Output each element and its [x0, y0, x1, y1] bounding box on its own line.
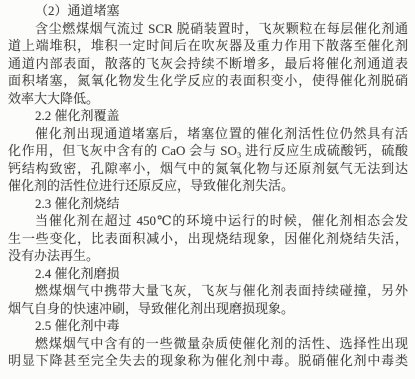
paragraph-line: 面积堵塞，氮氧化物发生化学反应的表面积变小，使得催化剂脱硝 [8, 72, 408, 90]
paragraph-line: 燃煤烟气中含有的一些微量杂质使催化剂的活性、选择性出现 [8, 335, 408, 353]
paragraph-line: 没有办法再生。 [8, 247, 408, 265]
paragraph-line: 明显下降甚至完全失去的现象称为催化剂中毒。脱硝催化剂中毒类 [8, 352, 408, 370]
paragraph-line: 当催化剂在超过 450℃的环境中运行的时候，催化剂相态会发 [8, 212, 408, 230]
heading-channel-blockage: （2）通道堵塞 [8, 2, 408, 20]
paragraph-line: 燃煤烟气中携带大量飞灰，飞灰与催化剂表面持续碰撞，另外 [8, 282, 408, 300]
paragraph-line: 道上端堆积，堆积一定时间后在吹灰器及重力作用下散落至催化剂 [8, 37, 408, 55]
paragraph-line: 化作用，但飞灰中含有的 CaO 会与 SO₃ 进行反应生成硫酸钙，硫酸 [8, 142, 408, 160]
heading-2-3-catalyst-sintering: 2.3 催化剂烧结 [8, 195, 408, 213]
paragraph-line: 催化剂的活性位进行还原反应，导致催化剂失活。 [8, 177, 408, 195]
paragraph-line: 生一些变化，比表面积减小，出现烧结现象，因催化剂烧结失活， [8, 230, 408, 248]
heading-2-2-catalyst-coverage: 2.2 催化剂覆盖 [8, 107, 408, 125]
paragraph-line: 通道内部表面，散落的飞灰会持续不断增多，最后将催化剂通道表 [8, 55, 408, 73]
paragraph-line: 催化剂出现通道堵塞后，堵塞位置的催化剂活性位仍然具有活 [8, 125, 408, 143]
paragraph-line: 效率大大降低。 [8, 90, 408, 108]
document-page: （2）通道堵塞 含尘燃煤烟气流过 SCR 脱硝装置时，飞灰颗粒在每层催化剂通 道… [0, 0, 415, 379]
paragraph-line: 钙结构致密，孔隙率小，烟气中的氮氧化物与还原剂氨气无法到达 [8, 160, 408, 178]
paragraph-line: 烟气自身的快速冲刷，导致催化剂出现磨损现象。 [8, 300, 408, 318]
heading-2-4-catalyst-abrasion: 2.4 催化剂磨损 [8, 265, 408, 283]
heading-2-5-catalyst-poisoning: 2.5 催化剂中毒 [8, 317, 408, 335]
paragraph-line: 含尘燃煤烟气流过 SCR 脱硝装置时，飞灰颗粒在每层催化剂通 [8, 20, 408, 38]
